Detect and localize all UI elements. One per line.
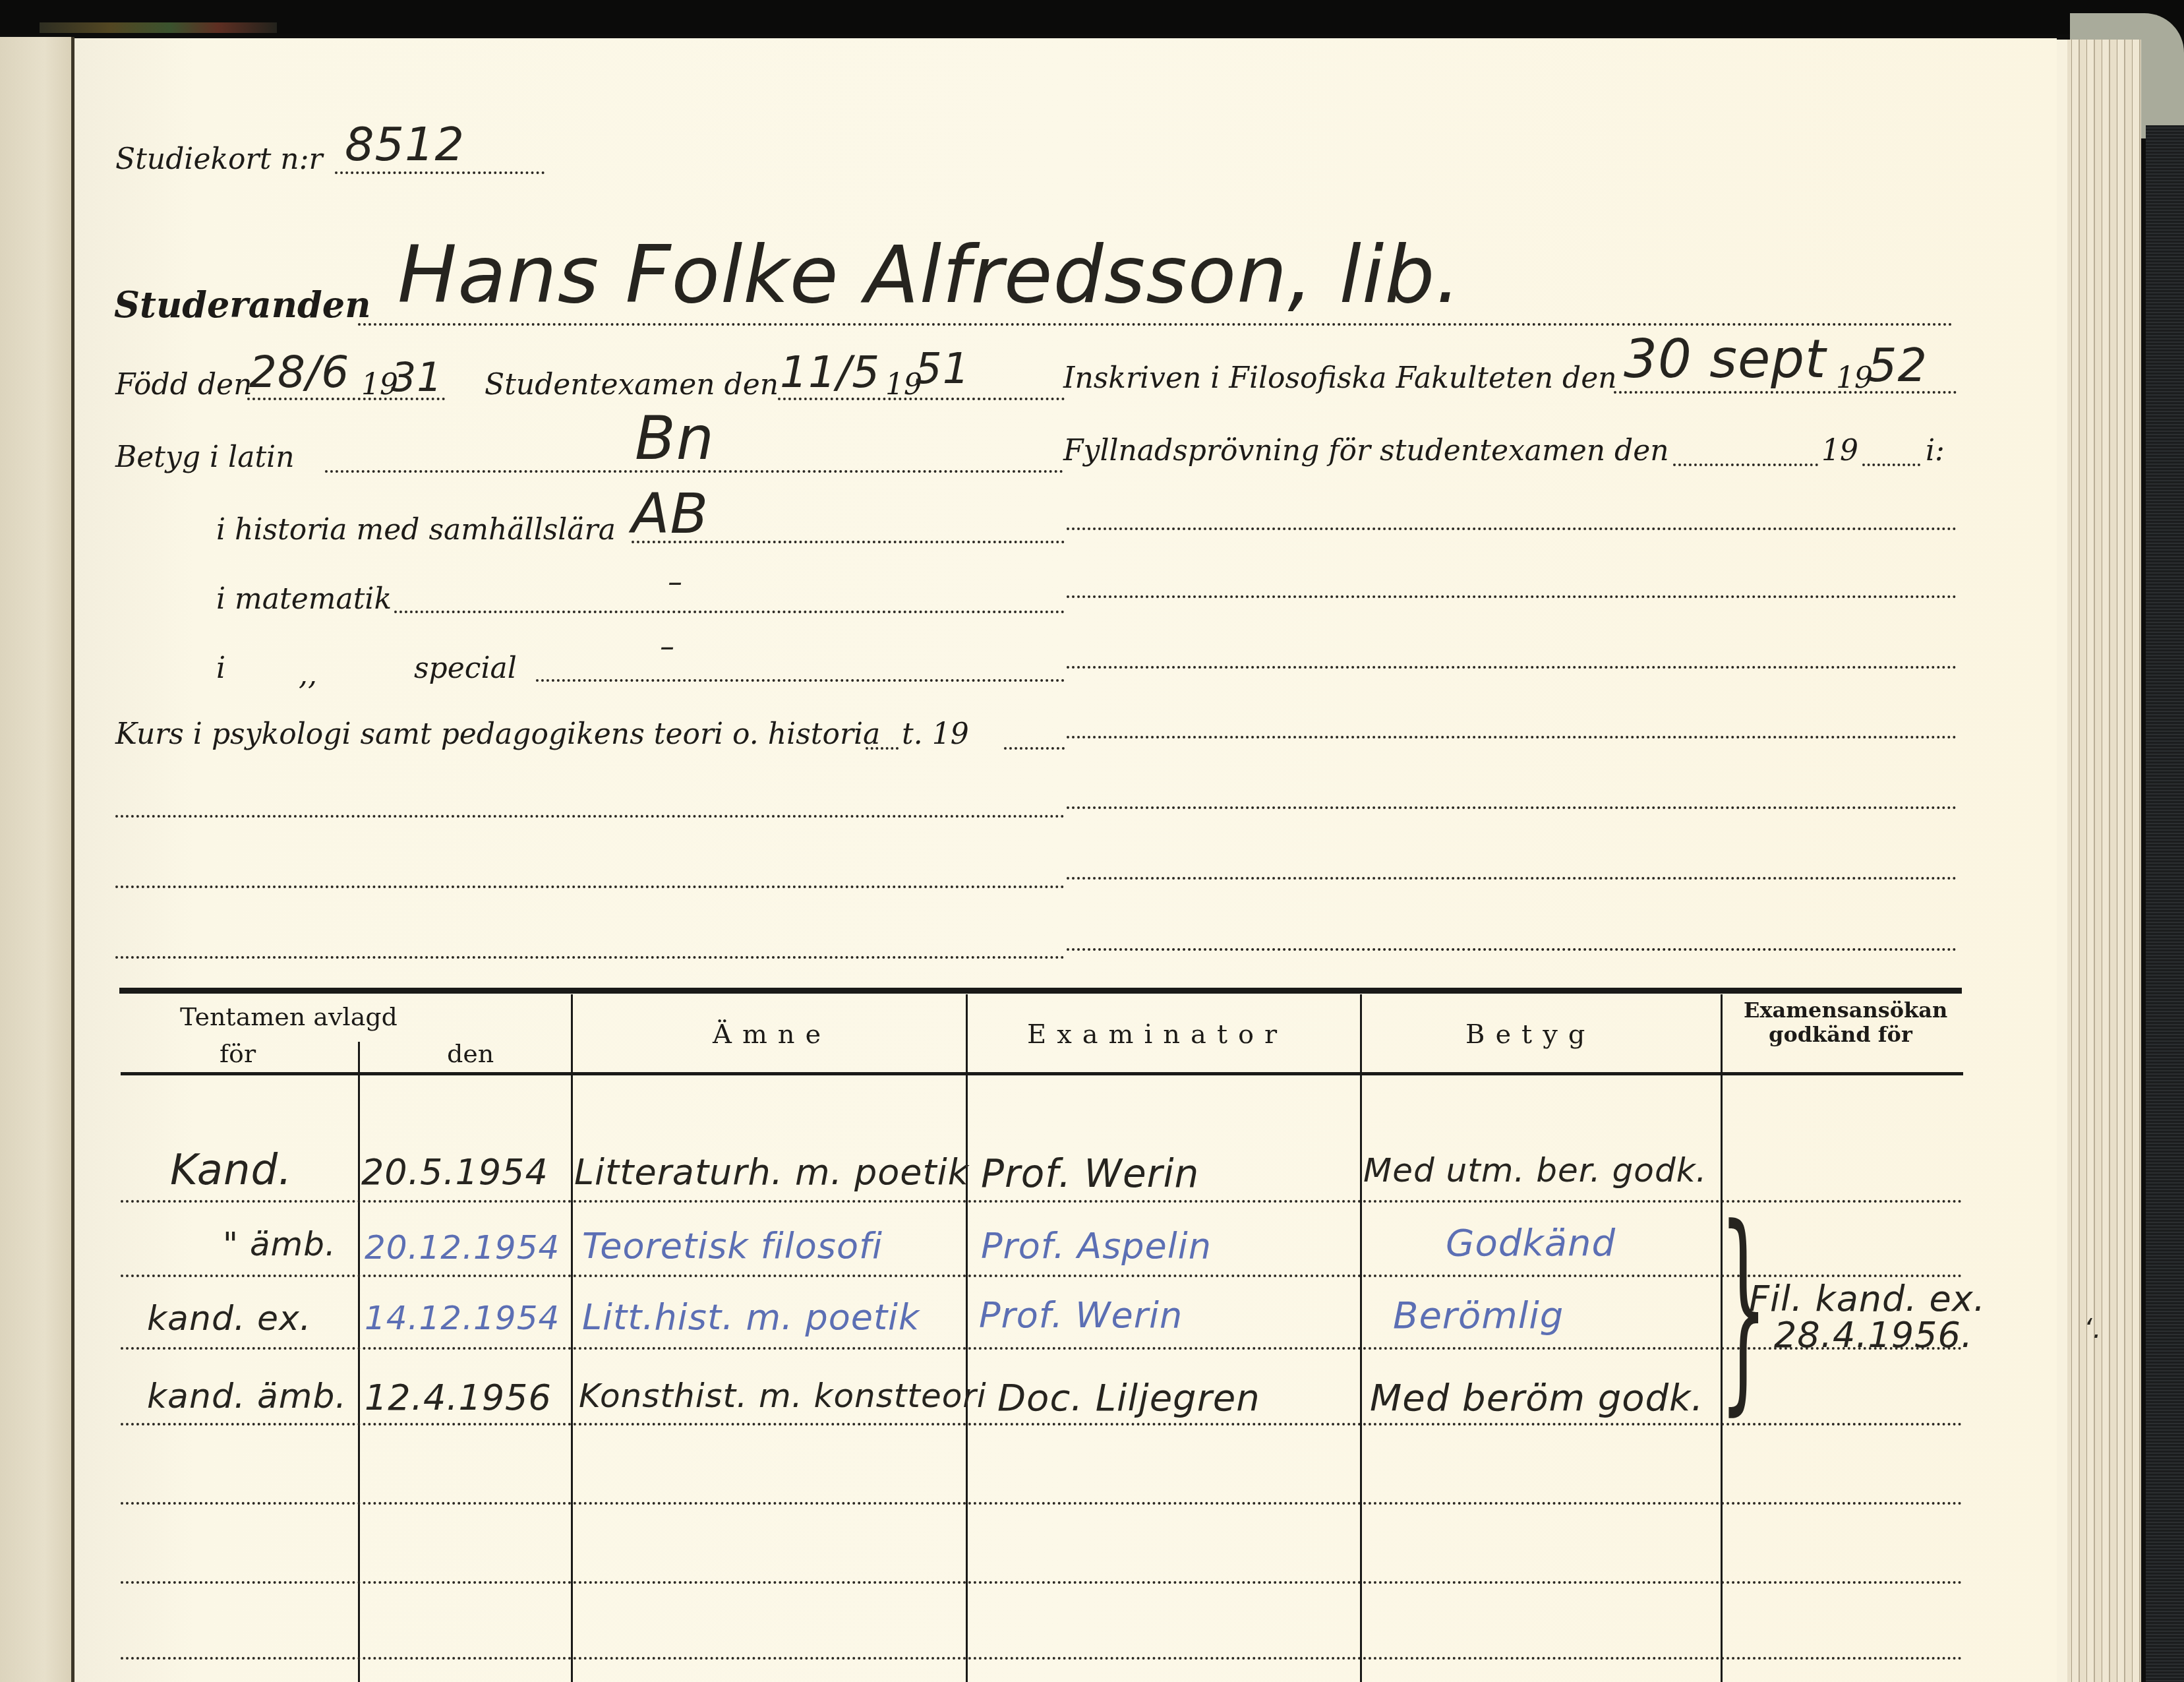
studentexamen-label: Studentexamen den bbox=[485, 368, 779, 402]
matematik-label: i matematik bbox=[216, 582, 392, 616]
kurs-line-a bbox=[866, 747, 899, 750]
historia-line bbox=[632, 541, 1065, 543]
blank-line-left-1 bbox=[115, 815, 1065, 818]
left-page-edge bbox=[0, 37, 74, 1682]
row3-betyg: Berömlig bbox=[1393, 1294, 1564, 1337]
table-header-bottom-rule bbox=[121, 1072, 1963, 1075]
examensansokan-value-2: 28.4.1956. bbox=[1774, 1314, 1973, 1356]
record-page: Studiekort n:r 8512 Studeranden Hans Fol… bbox=[74, 38, 2057, 1682]
row2-for: " ämb. bbox=[223, 1225, 336, 1263]
fyllnad-suffix: i: bbox=[1926, 434, 1945, 467]
row4-den: 12.4.1956 bbox=[365, 1377, 552, 1418]
latin-line bbox=[325, 470, 1063, 473]
latin-label: Betyg i latin bbox=[115, 440, 295, 474]
col-divider-4 bbox=[1360, 994, 1362, 1682]
special-label: special bbox=[414, 651, 517, 685]
special-ditto: ,, bbox=[299, 658, 317, 692]
born-label: Född den bbox=[115, 368, 252, 402]
matematik-value: – bbox=[668, 566, 683, 599]
row-line-7 bbox=[121, 1657, 1963, 1660]
born-line bbox=[247, 398, 445, 400]
row4-betyg: Med beröm godk. bbox=[1370, 1377, 1703, 1420]
row1-for: Kand. bbox=[170, 1146, 292, 1195]
right-line-2 bbox=[1067, 595, 1957, 598]
row2-examinator: Prof. Aspelin bbox=[981, 1225, 1212, 1267]
inskriven-date: 30 sept bbox=[1624, 328, 1826, 390]
card-number-label: Studiekort n:r bbox=[115, 142, 323, 176]
row2-amne: Teoretisk filosofi bbox=[582, 1225, 883, 1267]
card-number-line bbox=[335, 171, 545, 174]
fyllnad-date-line bbox=[1673, 464, 1818, 466]
row-line-5 bbox=[121, 1502, 1963, 1505]
row2-den: 20.12.1954 bbox=[365, 1228, 560, 1267]
header-examensansokan-1: Examensansökan bbox=[1744, 998, 1947, 1023]
header-examinator: Examinator bbox=[1027, 1019, 1287, 1050]
row4-for: kand. ämb. bbox=[147, 1377, 347, 1416]
special-line bbox=[536, 679, 1065, 682]
row-line-1 bbox=[121, 1200, 1963, 1203]
col-divider-1 bbox=[358, 1042, 360, 1682]
born-day-month: 28/6 bbox=[249, 347, 349, 398]
examensansokan-value-1: Fil. kand. ex. bbox=[1749, 1278, 1986, 1319]
special-i: i bbox=[216, 651, 225, 685]
row-line-3 bbox=[121, 1347, 1963, 1350]
book-cover-side bbox=[2146, 125, 2184, 1682]
blank-line-left-3 bbox=[115, 956, 1065, 959]
right-line-4 bbox=[1067, 736, 1957, 738]
kurs-line-b bbox=[1004, 747, 1065, 750]
studentexamen-year-suffix: 51 bbox=[915, 345, 970, 394]
fyllnad-year: 19 bbox=[1821, 434, 1858, 467]
col-divider-2 bbox=[571, 994, 573, 1682]
kurs-t: t. 19 bbox=[902, 717, 969, 751]
row3-examinator: Prof. Werin bbox=[979, 1294, 1183, 1336]
historia-label: i historia med samhällslära bbox=[216, 513, 616, 547]
inskriven-line bbox=[1614, 391, 1957, 394]
student-line bbox=[358, 323, 1953, 326]
header-amne: Ämne bbox=[713, 1019, 831, 1050]
row3-den: 14.12.1954 bbox=[365, 1299, 560, 1337]
header-den: den bbox=[447, 1039, 494, 1068]
header-for: för bbox=[220, 1039, 256, 1068]
card-number-value: 8512 bbox=[345, 117, 465, 171]
header-betyg: Betyg bbox=[1465, 1019, 1595, 1050]
fyllnad-year-line bbox=[1862, 464, 1920, 466]
studentexamen-day-month: 11/5 bbox=[780, 347, 880, 398]
row2-betyg: Godkänd bbox=[1446, 1222, 1616, 1265]
row-line-6 bbox=[121, 1581, 1963, 1584]
student-name: Hans Folke Alfredsson, lib. bbox=[398, 229, 1461, 321]
row-line-4 bbox=[121, 1423, 1963, 1426]
header-examensansokan-2: godkänd för bbox=[1769, 1022, 1912, 1047]
header-tentamen: Tentamen avlagd bbox=[180, 1002, 398, 1031]
row1-betyg: Med utm. ber. godk. bbox=[1363, 1151, 1707, 1189]
book-top-edge bbox=[0, 0, 2184, 34]
inskriven-year-suffix: 52 bbox=[1868, 338, 1928, 392]
right-line-1 bbox=[1067, 527, 1957, 530]
row1-amne: Litteraturh. m. poetik bbox=[574, 1151, 969, 1193]
special-value: – bbox=[660, 630, 675, 664]
row-line-2 bbox=[121, 1275, 1963, 1277]
born-year-suffix: 31 bbox=[391, 355, 442, 401]
blank-line-right-1 bbox=[1067, 806, 1957, 809]
matematik-line bbox=[394, 611, 1065, 613]
page-stack-edge bbox=[2057, 40, 2141, 1682]
margin-mark: ʻ. bbox=[2084, 1314, 2102, 1344]
historia-value: AB bbox=[632, 481, 709, 546]
row1-examinator: Prof. Werin bbox=[981, 1151, 1199, 1196]
studentexamen-line bbox=[778, 398, 1065, 400]
blank-line-left-2 bbox=[115, 886, 1065, 888]
bookmark-ribbon bbox=[40, 22, 277, 33]
row4-examinator: Doc. Liljegren bbox=[997, 1377, 1260, 1420]
fyllnad-label: Fyllnadsprövning för studentexamen den bbox=[1063, 434, 1669, 467]
col-divider-3 bbox=[966, 994, 968, 1682]
blank-line-right-2 bbox=[1067, 877, 1957, 880]
blank-line-right-3 bbox=[1067, 948, 1957, 951]
latin-value: Bn bbox=[635, 404, 715, 473]
table-top-rule bbox=[119, 988, 1962, 994]
right-line-3 bbox=[1067, 666, 1957, 669]
row4-amne: Konsthist. m. konstteori bbox=[579, 1377, 987, 1415]
student-label: Studeranden bbox=[114, 284, 370, 326]
inskriven-label: Inskriven i Filosofiska Fakulteten den bbox=[1063, 361, 1617, 395]
row3-for: kand. ex. bbox=[147, 1299, 311, 1338]
row3-amne: Litt.hist. m. poetik bbox=[582, 1296, 920, 1338]
row1-den: 20.5.1954 bbox=[361, 1151, 548, 1193]
kurs-label: Kurs i psykologi samt pedagogikens teori… bbox=[115, 717, 880, 751]
